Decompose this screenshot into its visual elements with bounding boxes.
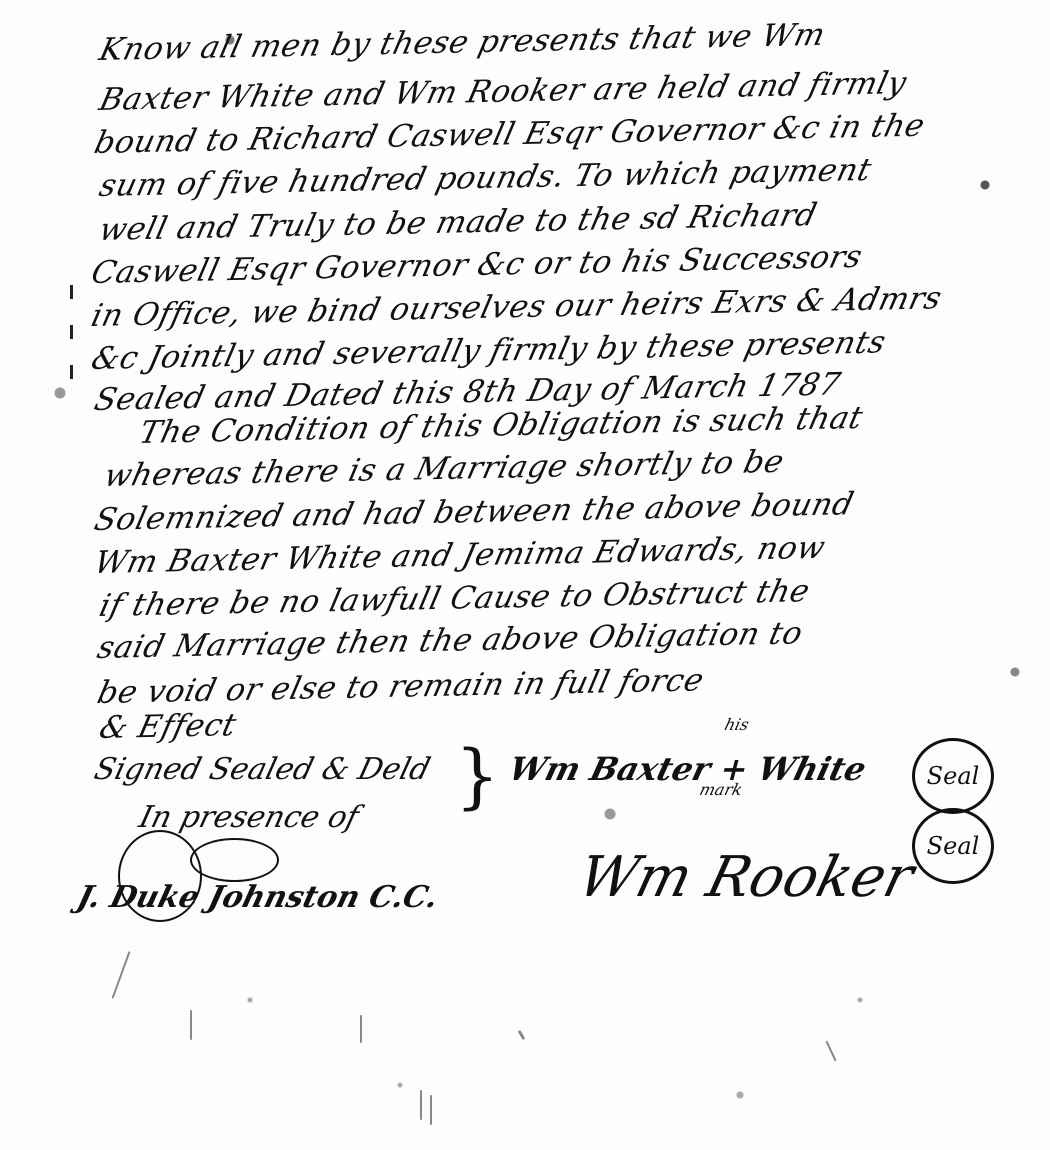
body-line-13: Wm Baxter White and Jemima Edwards, now (91, 530, 829, 581)
body-line-4: sum of five hundred pounds. To which pay… (96, 152, 875, 204)
attestation-in-presence-of: In presence of (136, 800, 362, 835)
paper-speck (190, 1010, 192, 1040)
paper-speck (420, 1090, 422, 1120)
body-line-12: Solemnized and had between the above bou… (91, 486, 857, 538)
paper-speck (360, 1015, 362, 1043)
body-line-11: whereas there is a Marriage shortly to b… (101, 444, 788, 494)
body-line-1: Know all men by these presents that we W… (96, 17, 829, 68)
body-line-6: Caswell Esqr Governor &c or to his Succe… (88, 239, 866, 291)
signature-witness: J. Duke Johnston C.C. (74, 880, 442, 915)
scanned-document-page: Know all men by these presents that we W… (0, 0, 1050, 1150)
signature-flourish (190, 838, 279, 882)
body-line-14: if there be no lawfull Cause to Obstruct… (96, 573, 813, 624)
margin-mark (70, 285, 73, 299)
attestation-signed-sealed: Signed Sealed & Deld (91, 752, 434, 787)
margin-mark (70, 365, 73, 379)
signature-surety: Wm Rooker (572, 845, 920, 910)
paper-speck (112, 951, 131, 999)
signature-principal: Wm Baxter + White (505, 750, 870, 788)
paper-speck (825, 1041, 836, 1062)
paper-speck (518, 1030, 526, 1040)
body-line-15: said Marriage then the above Obligation … (94, 615, 806, 666)
signature-mark-label: mark (698, 780, 745, 799)
body-line-16: be void or else to remain in full force (94, 662, 708, 711)
paper-speck (430, 1095, 432, 1125)
wax-seal-2: Seal (912, 808, 994, 884)
attestation-brace: } (455, 735, 500, 817)
margin-mark (70, 325, 73, 339)
body-line-17: & Effect (96, 707, 240, 746)
signature-mark-his: his (723, 715, 751, 734)
wax-seal-1: Seal (912, 738, 994, 814)
body-line-5: well and Truly to be made to the sd Rich… (96, 197, 821, 248)
